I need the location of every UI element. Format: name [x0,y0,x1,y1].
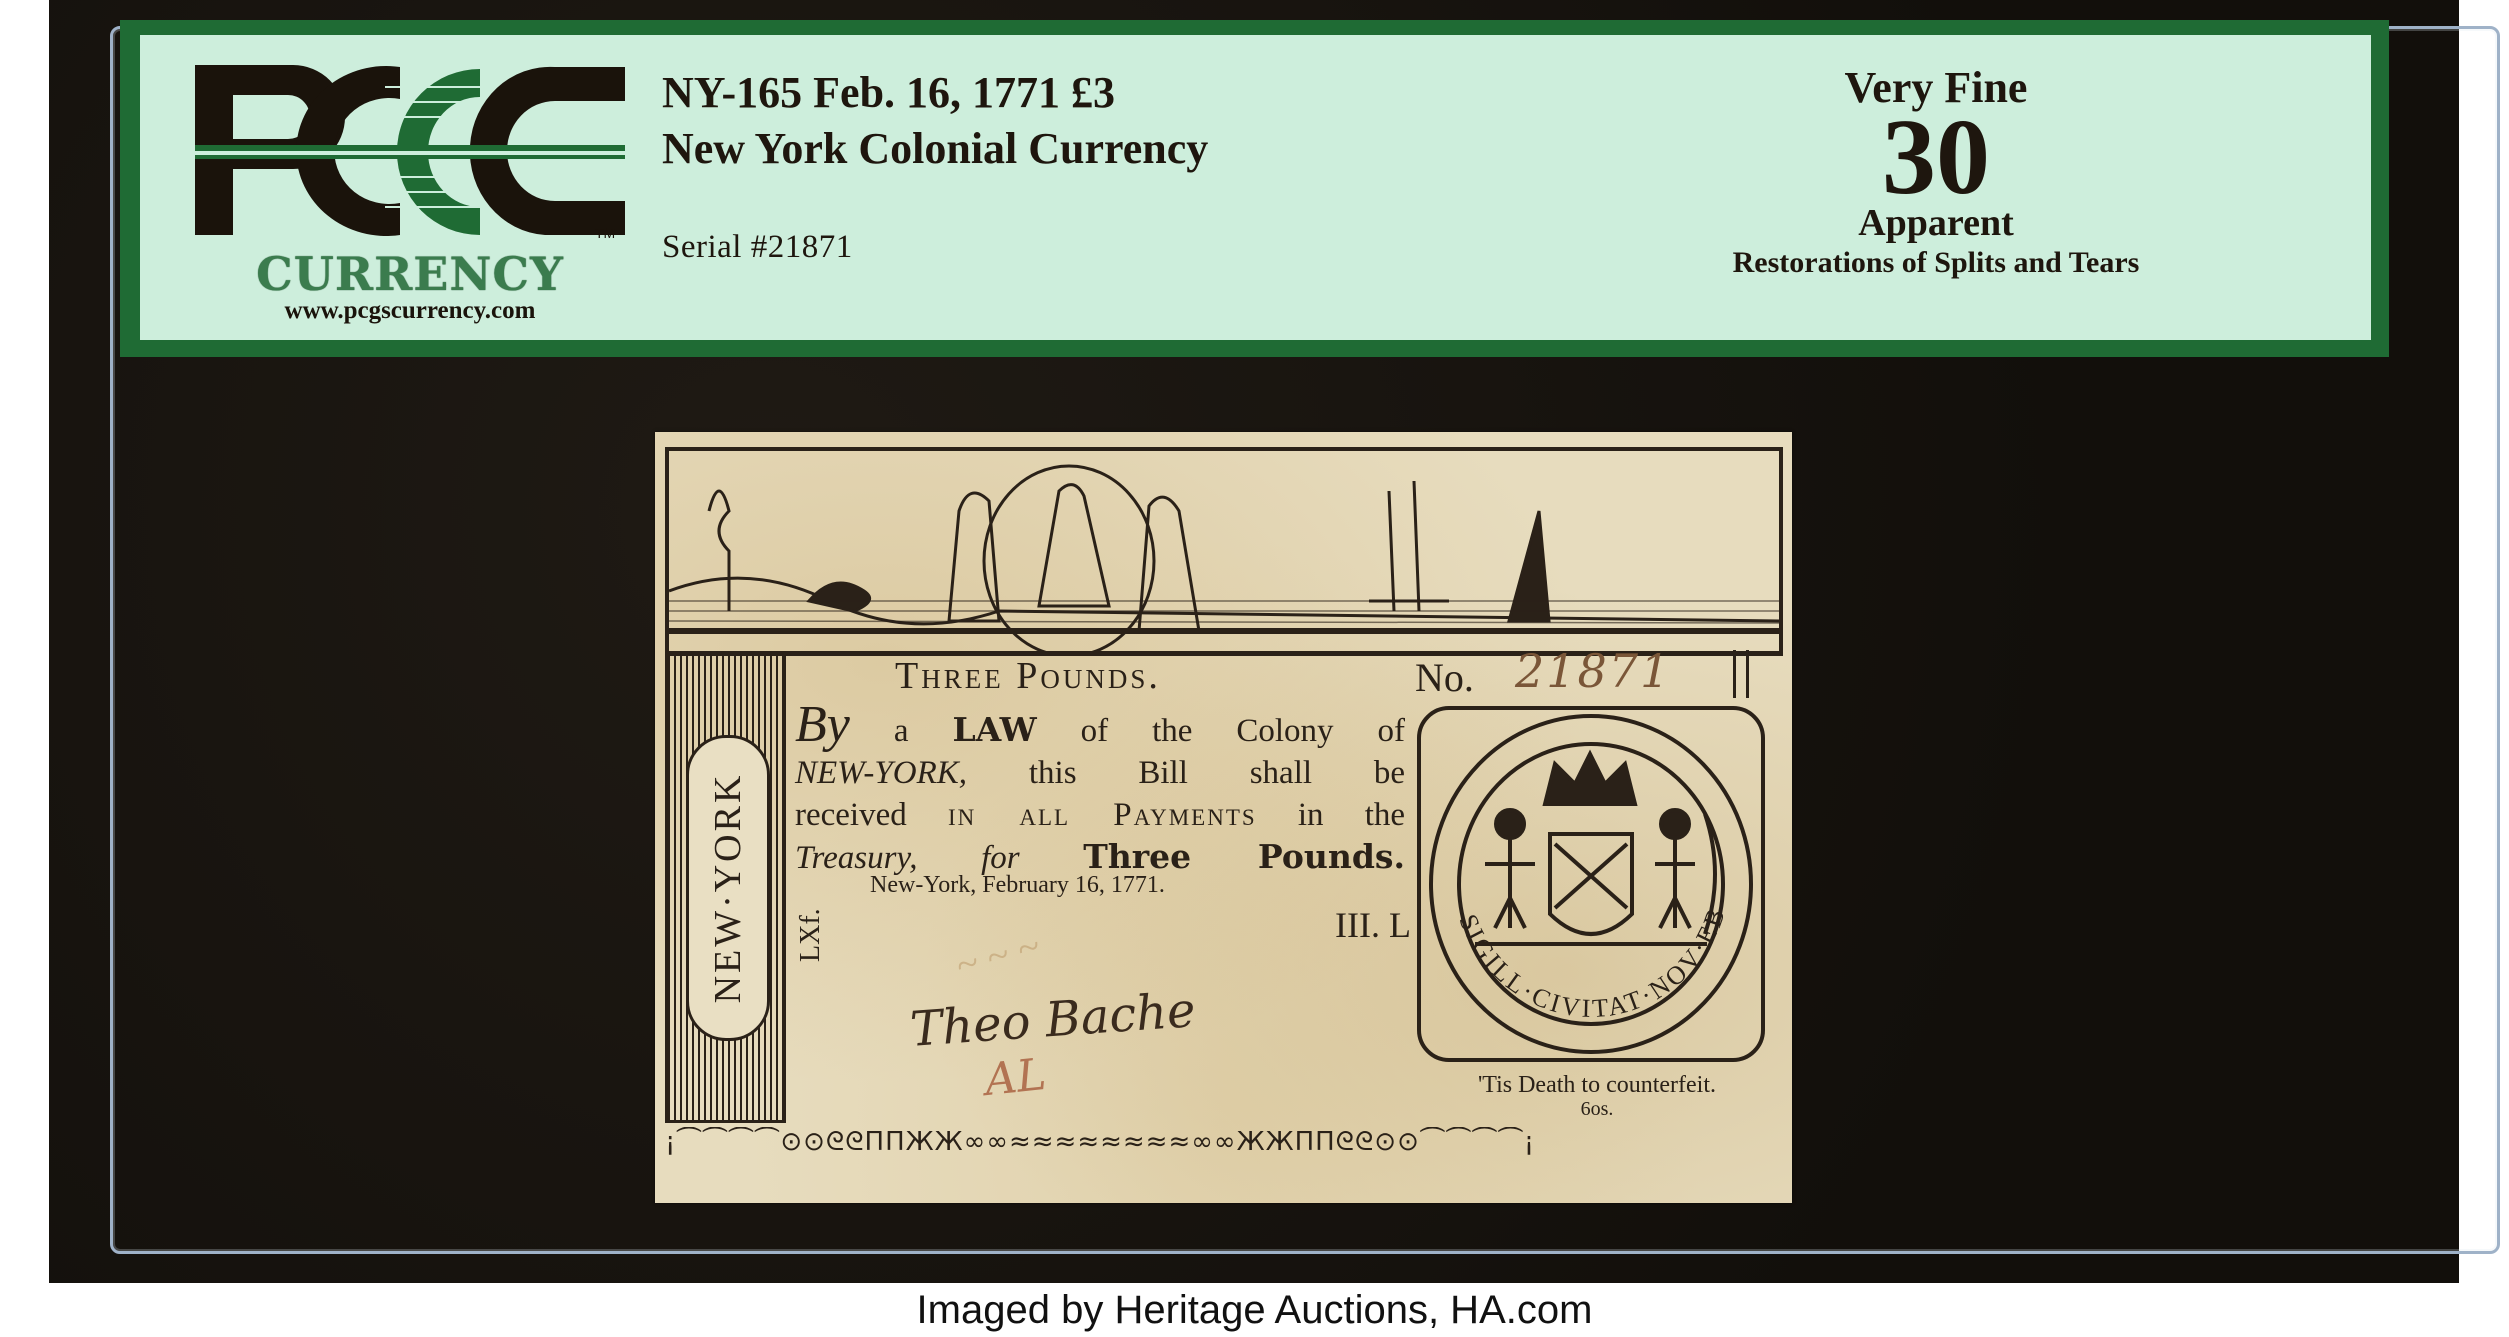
word-a: a [894,713,909,749]
colony-seal: SIGILL·CIVITAT·NOV·EBORAC [1415,704,1767,1064]
signature-1: Theo Bache [908,982,1197,1058]
phrase-payments: in all Payments [948,797,1257,833]
word-new-york: NEW-YORK, [795,755,967,791]
initial-by: By [795,696,850,753]
grading-label: TM CURRENCY www.pcgscurrency.com NY-165 … [120,20,2389,357]
issue-date: New-York, February 16, 1771. [870,872,1165,899]
word-received: received [795,797,907,833]
ornamental-border-row: ¡⏜⏜⏜⏜⊙⊙ᘓᘓΠΠЖЖ∞∞≈≈≈≈≈≈≈≈∞∞ЖЖΠΠᘓᘓ⊙⊙⏜⏜⏜⏜¡ [665,1127,1780,1167]
faint-signature: ~ ~ ~ [950,922,1044,989]
side-panel-text: NEW·YORK [706,773,750,1004]
seal-arms-icon: SIGILL·CIVITAT·NOV·EBORAC [1415,704,1767,1064]
word-for: for [981,840,1020,876]
phrase-colony: of the Colony of [1081,713,1405,749]
plate-letter: LXf. [795,908,827,962]
signature-2: AL [983,1049,1049,1106]
image-credit-caption: Imaged by Heritage Auctions, HA.com [0,1283,2509,1337]
body-line-1: By a LAW of the Colony of [795,704,1405,752]
plate-mark: 6os. [1427,1098,1767,1121]
number-label: No. [1415,654,1474,701]
note-body-text: By a LAW of the Colony of NEW-YORK, this… [795,704,1405,879]
trademark-mark: TM [595,225,615,241]
word-treasury: Treasury, [795,840,918,876]
serial-number: Serial #21871 [662,229,1208,266]
body-line-2: NEW-YORK, this Bill shall be [795,752,1405,794]
grade-note: Restorations of Splits and Tears [1701,244,2171,282]
catalog-line: NY-165 Feb. 16, 1771 £3 [662,65,1208,121]
body-line-3: received in all Payments in the [795,794,1405,836]
phrase-in-the: in the [1298,797,1405,833]
note-title: Three Pounds. [895,654,1161,698]
pcgs-logo-icon [195,57,625,237]
ornament-bars [1733,650,1749,698]
pcgs-logo: TM CURRENCY [195,57,625,277]
logo-currency-text: CURRENCY [195,247,625,301]
side-panel-cartouche: NEW·YORK [686,735,770,1041]
description-line: New York Colonial Currency [662,121,1208,177]
engraving-scene-icon [669,451,1779,651]
website-text: www.pcgscurrency.com [195,297,625,325]
new-york-side-panel: NEW·YORK [665,652,786,1123]
phrase-three-pounds: Three Pounds. [1083,837,1405,876]
grade-block: Very Fine 30 Apparent Restorations of Sp… [1701,62,2171,282]
label-panel: TM CURRENCY www.pcgscurrency.com NY-165 … [140,35,2371,340]
grade-qualifier: Apparent [1701,202,2171,244]
note-description: NY-165 Feb. 16, 1771 £3 New York Colonia… [662,65,1208,266]
counterfeit-warning: 'Tis Death to counterfeit. [1427,1072,1767,1099]
word-law: LAW [952,710,1036,749]
phrase-bill: this Bill shall be [1029,755,1405,791]
grade-number: 30 [1701,114,2171,202]
handwritten-serial: 21871 [1515,644,1671,698]
banknote: NEW·YORK LXf. Three Pounds. No. 21871 By… [655,432,1792,1203]
top-vignette-engraving [665,447,1783,656]
denomination-code: III. L [1335,904,1411,946]
